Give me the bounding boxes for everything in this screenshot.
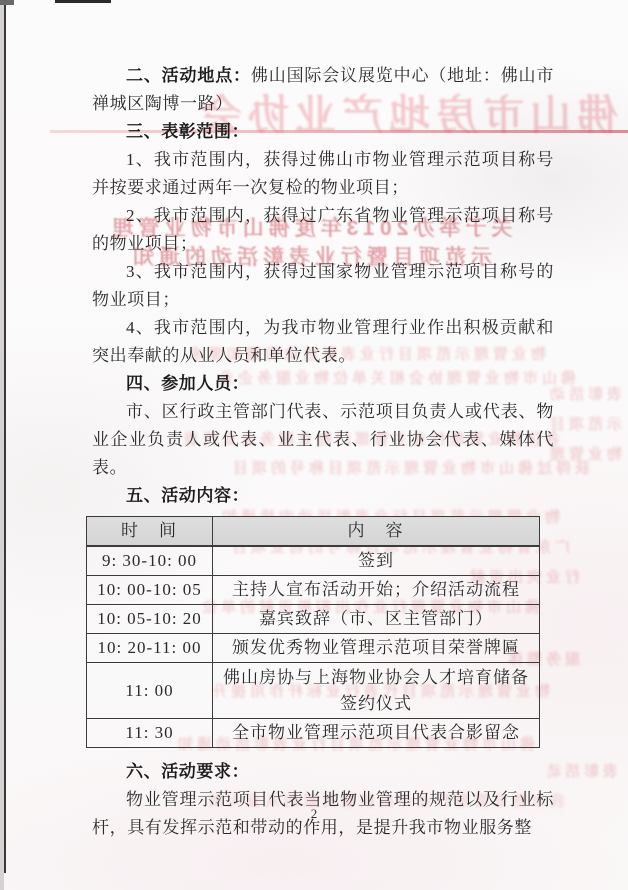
scan-top-mark	[55, 0, 111, 3]
cell-content: 嘉宾致辞（市、区主管部门）	[213, 605, 540, 634]
participants-text: 市、区行政主管部门代表、示范项目负责人或代表、物业企业负责人或代表、业主代表、行…	[92, 398, 554, 482]
section-heading-location: 二、活动地点：	[126, 66, 251, 85]
cell-time: 10: 05-10: 20	[87, 605, 213, 634]
bleedthrough-smudge: 表彰活动	[548, 760, 618, 778]
cell-time: 10: 20-11: 00	[87, 634, 213, 663]
cell-time: 11: 30	[87, 719, 213, 748]
scope-item-1: 1、我市范围内，获得过佛山市物业管理示范项目称号并按要求通过两年一次复检的物业项…	[92, 146, 554, 202]
scope-item-3: 3、我市范围内，获得过国家物业管理示范项目称号的物业项目；	[92, 258, 554, 314]
section-heading-scope: 三、表彰范围：	[92, 118, 554, 146]
cell-content: 主持人宣布活动开始；介绍活动流程	[213, 576, 540, 605]
cell-content-text: 佛山房协与上海物业协会人才培育储备 签约仪式	[215, 665, 537, 717]
bleedthrough-smudge: 表彰活动	[548, 383, 622, 401]
scope-item-2: 2、我市范围内，获得过广东省物业管理示范项目称号的物业项目；	[92, 202, 554, 258]
scanned-document-page: 佛山市房地产业协会 关于举办2013年度佛山市物业管理 示范项目暨行业表彰活动的…	[0, 0, 628, 890]
table-row: 11: 30 全市物业管理示范项目代表合影留念	[87, 719, 540, 748]
cell-content: 颁发优秀物业管理示范项目荣誉牌匾	[213, 634, 540, 663]
column-header-time: 时 间	[87, 517, 213, 547]
cell-time: 10: 00-10: 05	[87, 576, 213, 605]
scan-corner-mark	[0, 0, 14, 5]
table-header-row: 时 间 内 容	[87, 517, 540, 547]
section-heading-agenda: 五、活动内容：	[92, 482, 554, 510]
page-number: 2	[0, 806, 628, 822]
scope-item-4: 4、我市范围内，为我市物业管理行业作出积极贡献和突出奉献的从业人员和单位代表。	[92, 314, 554, 370]
table-row: 9: 30-10: 00 签到	[87, 546, 540, 576]
section-heading-participants: 四、参加人员：	[92, 370, 554, 398]
table-row: 10: 00-10: 05 主持人宣布活动开始；介绍活动流程	[87, 576, 540, 605]
cell-content: 佛山房协与上海物业协会人才培育储备 签约仪式	[213, 663, 540, 719]
cell-content: 签到	[213, 546, 540, 576]
document-content: 二、活动地点：佛山国际会议展览中心（地址：佛山市禅城区陶博一路） 三、表彰范围：…	[92, 62, 554, 842]
section-heading-requirements: 六、活动要求：	[92, 758, 554, 786]
cell-content: 全市物业管理示范项目代表合影留念	[213, 719, 540, 748]
table-row: 11: 00 佛山房协与上海物业协会人才培育储备 签约仪式	[87, 663, 540, 719]
column-header-content: 内 容	[213, 517, 540, 547]
paragraph-location: 二、活动地点：佛山国际会议展览中心（地址：佛山市禅城区陶博一路）	[92, 62, 554, 118]
table-row: 10: 05-10: 20 嘉宾致辞（市、区主管部门）	[87, 605, 540, 634]
cell-time: 11: 00	[87, 663, 213, 719]
agenda-table: 时 间 内 容 9: 30-10: 00 签到 10: 00-10: 05 主持…	[86, 516, 540, 748]
scan-edge-line	[4, 0, 6, 873]
table-row: 10: 20-11: 00 颁发优秀物业管理示范项目荣誉牌匾	[87, 634, 540, 663]
cell-time: 9: 30-10: 00	[87, 546, 213, 576]
bleedthrough-smudge: 示范项目	[548, 413, 622, 431]
bleedthrough-smudge: 物业管理	[548, 443, 622, 461]
